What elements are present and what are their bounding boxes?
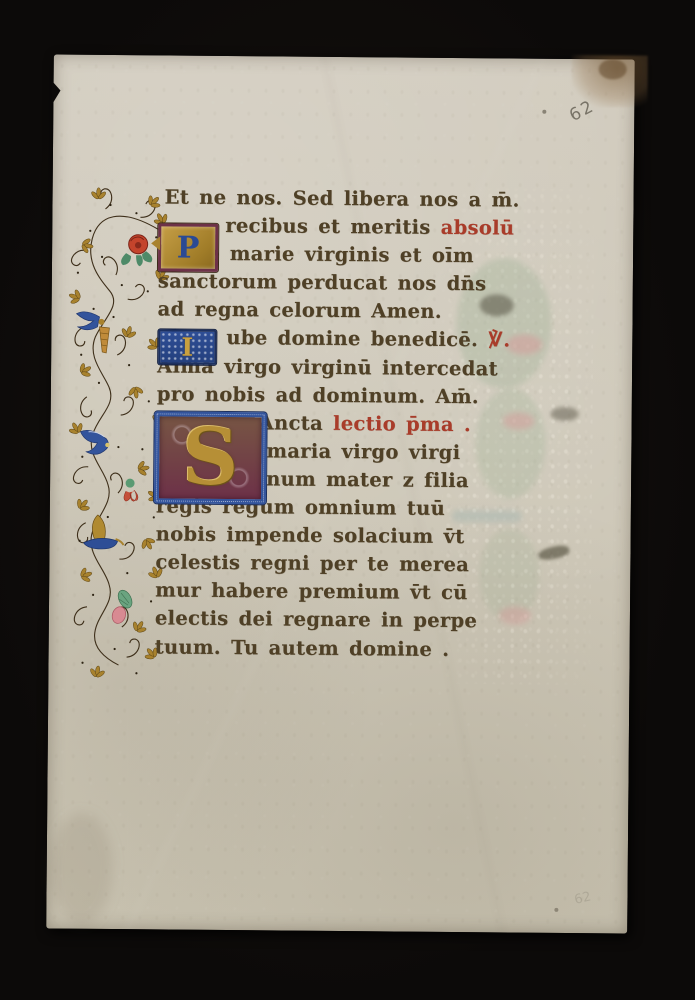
body-text: recibus et meritis <box>225 214 441 239</box>
body-text: electis dei regnare in perpe <box>155 607 477 633</box>
text-line: nobis impende solacium v̄t <box>156 521 508 552</box>
rubric-text: ℣. <box>488 329 510 352</box>
body-text: nobis impende solacium v̄t <box>156 523 465 549</box>
blue-pod-flower <box>84 538 124 549</box>
showthrough-blob <box>506 334 542 354</box>
text-line: Et ne nos. Sed libera nos a m̄. <box>158 183 510 214</box>
body-text: num mater z filia <box>266 467 469 492</box>
body-text: ube domine benedicē. <box>226 326 488 351</box>
decorated-initial-precibus: P <box>158 223 218 272</box>
rubric-text: lectio p̄ma . <box>333 412 471 436</box>
body-text: mur habere premium v̄t cū <box>155 579 468 605</box>
stain <box>599 59 627 79</box>
stain <box>50 812 113 925</box>
blue-columbine-flower <box>80 430 109 454</box>
text-line: pro nobis ad dominum. Am̄. <box>157 380 509 411</box>
showthrough-blob <box>551 407 579 421</box>
text-line: celestis regni per te merea <box>155 549 507 580</box>
manuscript-leaf: 62 62 <box>46 54 635 933</box>
decorated-initial-sancta: S <box>154 411 267 504</box>
rubric-text: absolū <box>441 216 515 240</box>
edge-notch <box>51 80 60 105</box>
body-text: celestis regni per te merea <box>155 551 469 577</box>
initial-letter: S <box>182 423 239 493</box>
body-text: ad regna celorum Amen. <box>158 298 442 323</box>
red-rose-flower <box>121 235 152 267</box>
body-text: Ancta <box>259 411 334 435</box>
photo-background: 62 62 <box>0 0 695 1000</box>
body-text: tuum. Tu autem domine . <box>155 635 450 661</box>
ink-speck <box>554 908 558 912</box>
body-text: maria virgo virgi <box>266 439 460 464</box>
text-line: electis dei regnare in perpe <box>155 605 507 636</box>
red-bud-flower <box>124 479 138 502</box>
folio-number-faint: 62 <box>573 889 593 907</box>
body-text: Et ne nos. Sed libera nos a m̄. <box>164 185 519 211</box>
text-line: tuum. Tu autem domine . <box>155 633 507 664</box>
body-text: pro nobis ad dominum. Am̄. <box>157 382 479 408</box>
text-line: mur habere premium v̄t cū <box>155 577 507 608</box>
body-text: sanctorum perducat nos dn̄s <box>158 270 487 296</box>
decorated-initial-iube: I <box>158 329 216 365</box>
text-line: ad regna celorum Amen. <box>157 296 509 327</box>
ink-speck <box>542 110 546 114</box>
gold-cone <box>99 327 109 353</box>
text-line: sanctorum perducat nos dn̄s <box>158 268 510 299</box>
